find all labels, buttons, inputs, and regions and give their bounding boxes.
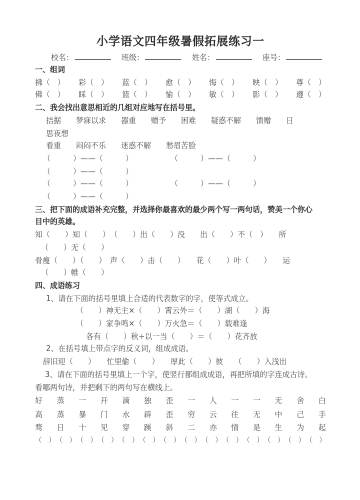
- word-group: 篮（ ）: [122, 89, 152, 102]
- idiom-grid-row-1: 好蒸一开滴独歪一人一一无舍白: [35, 394, 326, 407]
- school-field: 校名：: [51, 51, 111, 64]
- answer-paren-cell: （ ）: [243, 434, 263, 446]
- grid-character: 无: [275, 394, 283, 407]
- grid-character: 是: [253, 421, 261, 434]
- grid-character: 暴: [79, 408, 87, 421]
- section3-heading-line-2: 目中的英雄。: [35, 216, 326, 229]
- section4-q3-instruction-line-1: 3、请在下面的括号里填上一个字，使竖行都组成成语，再把所填的字连成古诗。: [35, 369, 326, 382]
- answer-paren-cell: （ ）: [118, 434, 138, 446]
- word-group: 拂（ ）: [35, 77, 65, 90]
- grid-character: 己: [297, 408, 305, 421]
- grid-character: 滴: [122, 394, 130, 407]
- section2-words-line-1: 拮据 梦寐以求 器重 赠予 困难 疑惑不解 馈赠 日: [35, 115, 326, 128]
- grid-character: 无: [253, 408, 261, 421]
- section2-pair-row-1: （ ）——（ ） （ ）——（ ）: [35, 153, 326, 166]
- answer-paren-cell: （ ）: [139, 434, 159, 446]
- name-label: 姓名：: [192, 53, 215, 62]
- word-group: 遵（ ）: [296, 89, 326, 102]
- grid-character: 门: [100, 408, 108, 421]
- class-label: 班级：: [122, 53, 145, 62]
- grid-character: 一: [188, 394, 196, 407]
- section2-heading: 二、我会找出意思相近的几组对应地写在括号里。: [35, 102, 326, 115]
- grid-character: 骛: [35, 421, 43, 434]
- name-field: 姓名：: [192, 51, 252, 64]
- word-group: 悔（ ）: [209, 77, 239, 90]
- grid-character: 起: [318, 421, 326, 434]
- section3-idiom-line-3: 骨瘦（ ）（ ） 声（ ）击（ ） 花（ ）叶（ ） 运: [35, 255, 326, 268]
- section3-heading-line-1: 三、把下面的成语补充完整，并选择你最喜欢的最少两个写一两句话，赞美一个你心: [35, 204, 326, 217]
- answer-paren-cell: （ ）: [202, 434, 222, 446]
- grid-character: 日: [57, 421, 65, 434]
- grid-character: 蹊: [144, 421, 152, 434]
- school-blank-line: [75, 52, 111, 60]
- word-group: 尊（ ）: [296, 77, 326, 90]
- word-group: 影（ ）: [253, 89, 283, 102]
- idiom-grid-row-2: 高蒸暴门水辟歪穷云往无中己手: [35, 408, 326, 421]
- grid-character: 中: [275, 408, 283, 421]
- section2-pair-row-4: （ ）——（ ）: [35, 191, 326, 204]
- section2-words-line-3: 看重 闷闷不乐 迷惑不解 愁眉苦脸: [35, 140, 326, 153]
- word-group: 佛（ ）: [35, 89, 65, 102]
- grid-character: 一: [253, 394, 261, 407]
- grid-character: 舍: [297, 394, 305, 407]
- word-group: 蓝（ ）: [122, 77, 152, 90]
- class-field: 班级：: [122, 51, 182, 64]
- section2-pair-row-3: （ ）——（ ） （ ）——（ ）: [35, 178, 326, 191]
- class-blank-line: [145, 52, 181, 60]
- section4-q2-antonym-line: 辞旧迎（ ） 忙里偷（ ） 厚此（ ）彼 （ ）入浅出: [35, 356, 326, 369]
- grid-character: 二: [188, 421, 196, 434]
- section4-q1-instruction: 1、请在下面的括号里填上合适的代表数字的字，使等式成立。: [35, 293, 326, 306]
- section4-q1-equation-3: 各有（ ）秋÷以一当（ ）＝（ ）花齐放: [35, 331, 326, 344]
- answer-paren-cell: （ ）: [56, 434, 76, 446]
- section2-pair-row-2: （ ）——（ ）: [35, 166, 326, 179]
- grid-character: 人: [209, 394, 217, 407]
- grid-character: 生: [275, 421, 283, 434]
- grid-character: 白: [318, 394, 326, 407]
- grid-character: 蒸: [57, 408, 65, 421]
- grid-character: 见: [100, 421, 108, 434]
- section3-idiom-line-4: （ ）帷（ ）: [35, 267, 326, 280]
- grid-character: 为: [297, 421, 305, 434]
- grid-character: 独: [144, 394, 152, 407]
- section1-word-row-1: 拂（ ）彩（ ）蓝（ ）愈（ ）悔（ ）映（ ）尊（ ）: [35, 77, 326, 90]
- grid-character: 辟: [144, 408, 152, 421]
- grid-character: 手: [318, 408, 326, 421]
- section1-heading: 一、组词: [35, 64, 326, 77]
- idiom-grid-row-3: 骛日十见穿蹊斜二亦情是生为起: [35, 421, 326, 434]
- answer-paren-cell: （ ）: [160, 434, 180, 446]
- name-blank-line: [216, 52, 252, 60]
- section3-idiom-line-1: 知（ ）知（ ） （ ）出（ ）没 出（ ）不（ ） 所: [35, 229, 326, 242]
- seat-field: 座号：: [263, 51, 323, 64]
- section4-q2-instruction: 2、在括号填上带点字的反义词，组成成语。: [35, 343, 326, 356]
- grid-character: 高: [35, 408, 43, 421]
- section1-word-row-2: 佛（ ）睬（ ）篮（ ）愉（ ）敏（ ）影（ ）遵（ ）: [35, 89, 326, 102]
- answer-paren-cell: （ ）: [35, 434, 55, 446]
- section2-words-line-2: 思夜想: [35, 128, 326, 141]
- grid-character: 穷: [188, 408, 196, 421]
- grid-character: 开: [100, 394, 108, 407]
- grid-character: 歪: [166, 394, 174, 407]
- answer-paren-cell: （ ）: [222, 434, 242, 446]
- grid-character: 好: [35, 394, 43, 407]
- seat-blank-line: [286, 52, 322, 60]
- grid-character: 歪: [166, 408, 174, 421]
- school-label: 校名：: [51, 53, 74, 62]
- grid-character: 斜: [166, 421, 174, 434]
- word-group: 愈（ ）: [166, 77, 196, 90]
- section4-q3-instruction-line-2: 看哪两句诗，并把剩下的两句写在横线上。: [35, 382, 326, 395]
- answer-paren-cell: （ ）: [264, 434, 284, 446]
- answer-paren-cell: （ ）: [306, 434, 326, 446]
- answer-paren-cell: （ ）: [285, 434, 305, 446]
- seat-label: 座号：: [263, 53, 286, 62]
- answer-paren-cell: （ ）: [181, 434, 201, 446]
- word-group: 愉（ ）: [166, 89, 196, 102]
- answer-paren-cell: （ ）: [77, 434, 97, 446]
- section4-q1-equation-1: （ ）神无主×（ ）霄云外＝（ ）湖（ ）海: [35, 305, 326, 318]
- student-info-row: 校名： 班级： 姓名： 座号：: [35, 51, 326, 64]
- grid-character: 往: [231, 408, 239, 421]
- word-group: 敏（ ）: [209, 89, 239, 102]
- idiom-grid-answer-row: （ ）（ ）（ ）（ ）（ ）（ ）（ ）（ ）（ ）（ ）（ ）（ ）（ ）（…: [35, 434, 326, 446]
- answer-paren-cell: （ ）: [97, 434, 117, 446]
- word-group: 彩（ ）: [79, 77, 109, 90]
- grid-character: 穿: [122, 421, 130, 434]
- worksheet-page: 小学语文四年级暑假拓展练习一 校名： 班级： 姓名： 座号： 一、组词 拂（ ）…: [0, 0, 360, 500]
- grid-character: 一: [231, 394, 239, 407]
- grid-character: 一: [79, 394, 87, 407]
- section4-q1-equation-2: （ ）家争鸣×（ ）万火急＝（ ）载难逢: [35, 318, 326, 331]
- page-title: 小学语文四年级暑假拓展练习一: [35, 34, 326, 48]
- word-group: 映（ ）: [253, 77, 283, 90]
- grid-character: 亦: [209, 421, 217, 434]
- section3-idiom-line-2: （ ）无（ ）: [35, 242, 326, 255]
- grid-character: 十: [79, 421, 87, 434]
- grid-character: 情: [231, 421, 239, 434]
- grid-character: 水: [122, 408, 130, 421]
- grid-character: 云: [209, 408, 217, 421]
- section4-heading: 四、成语练习: [35, 280, 326, 293]
- grid-character: 蒸: [57, 394, 65, 407]
- word-group: 睬（ ）: [79, 89, 109, 102]
